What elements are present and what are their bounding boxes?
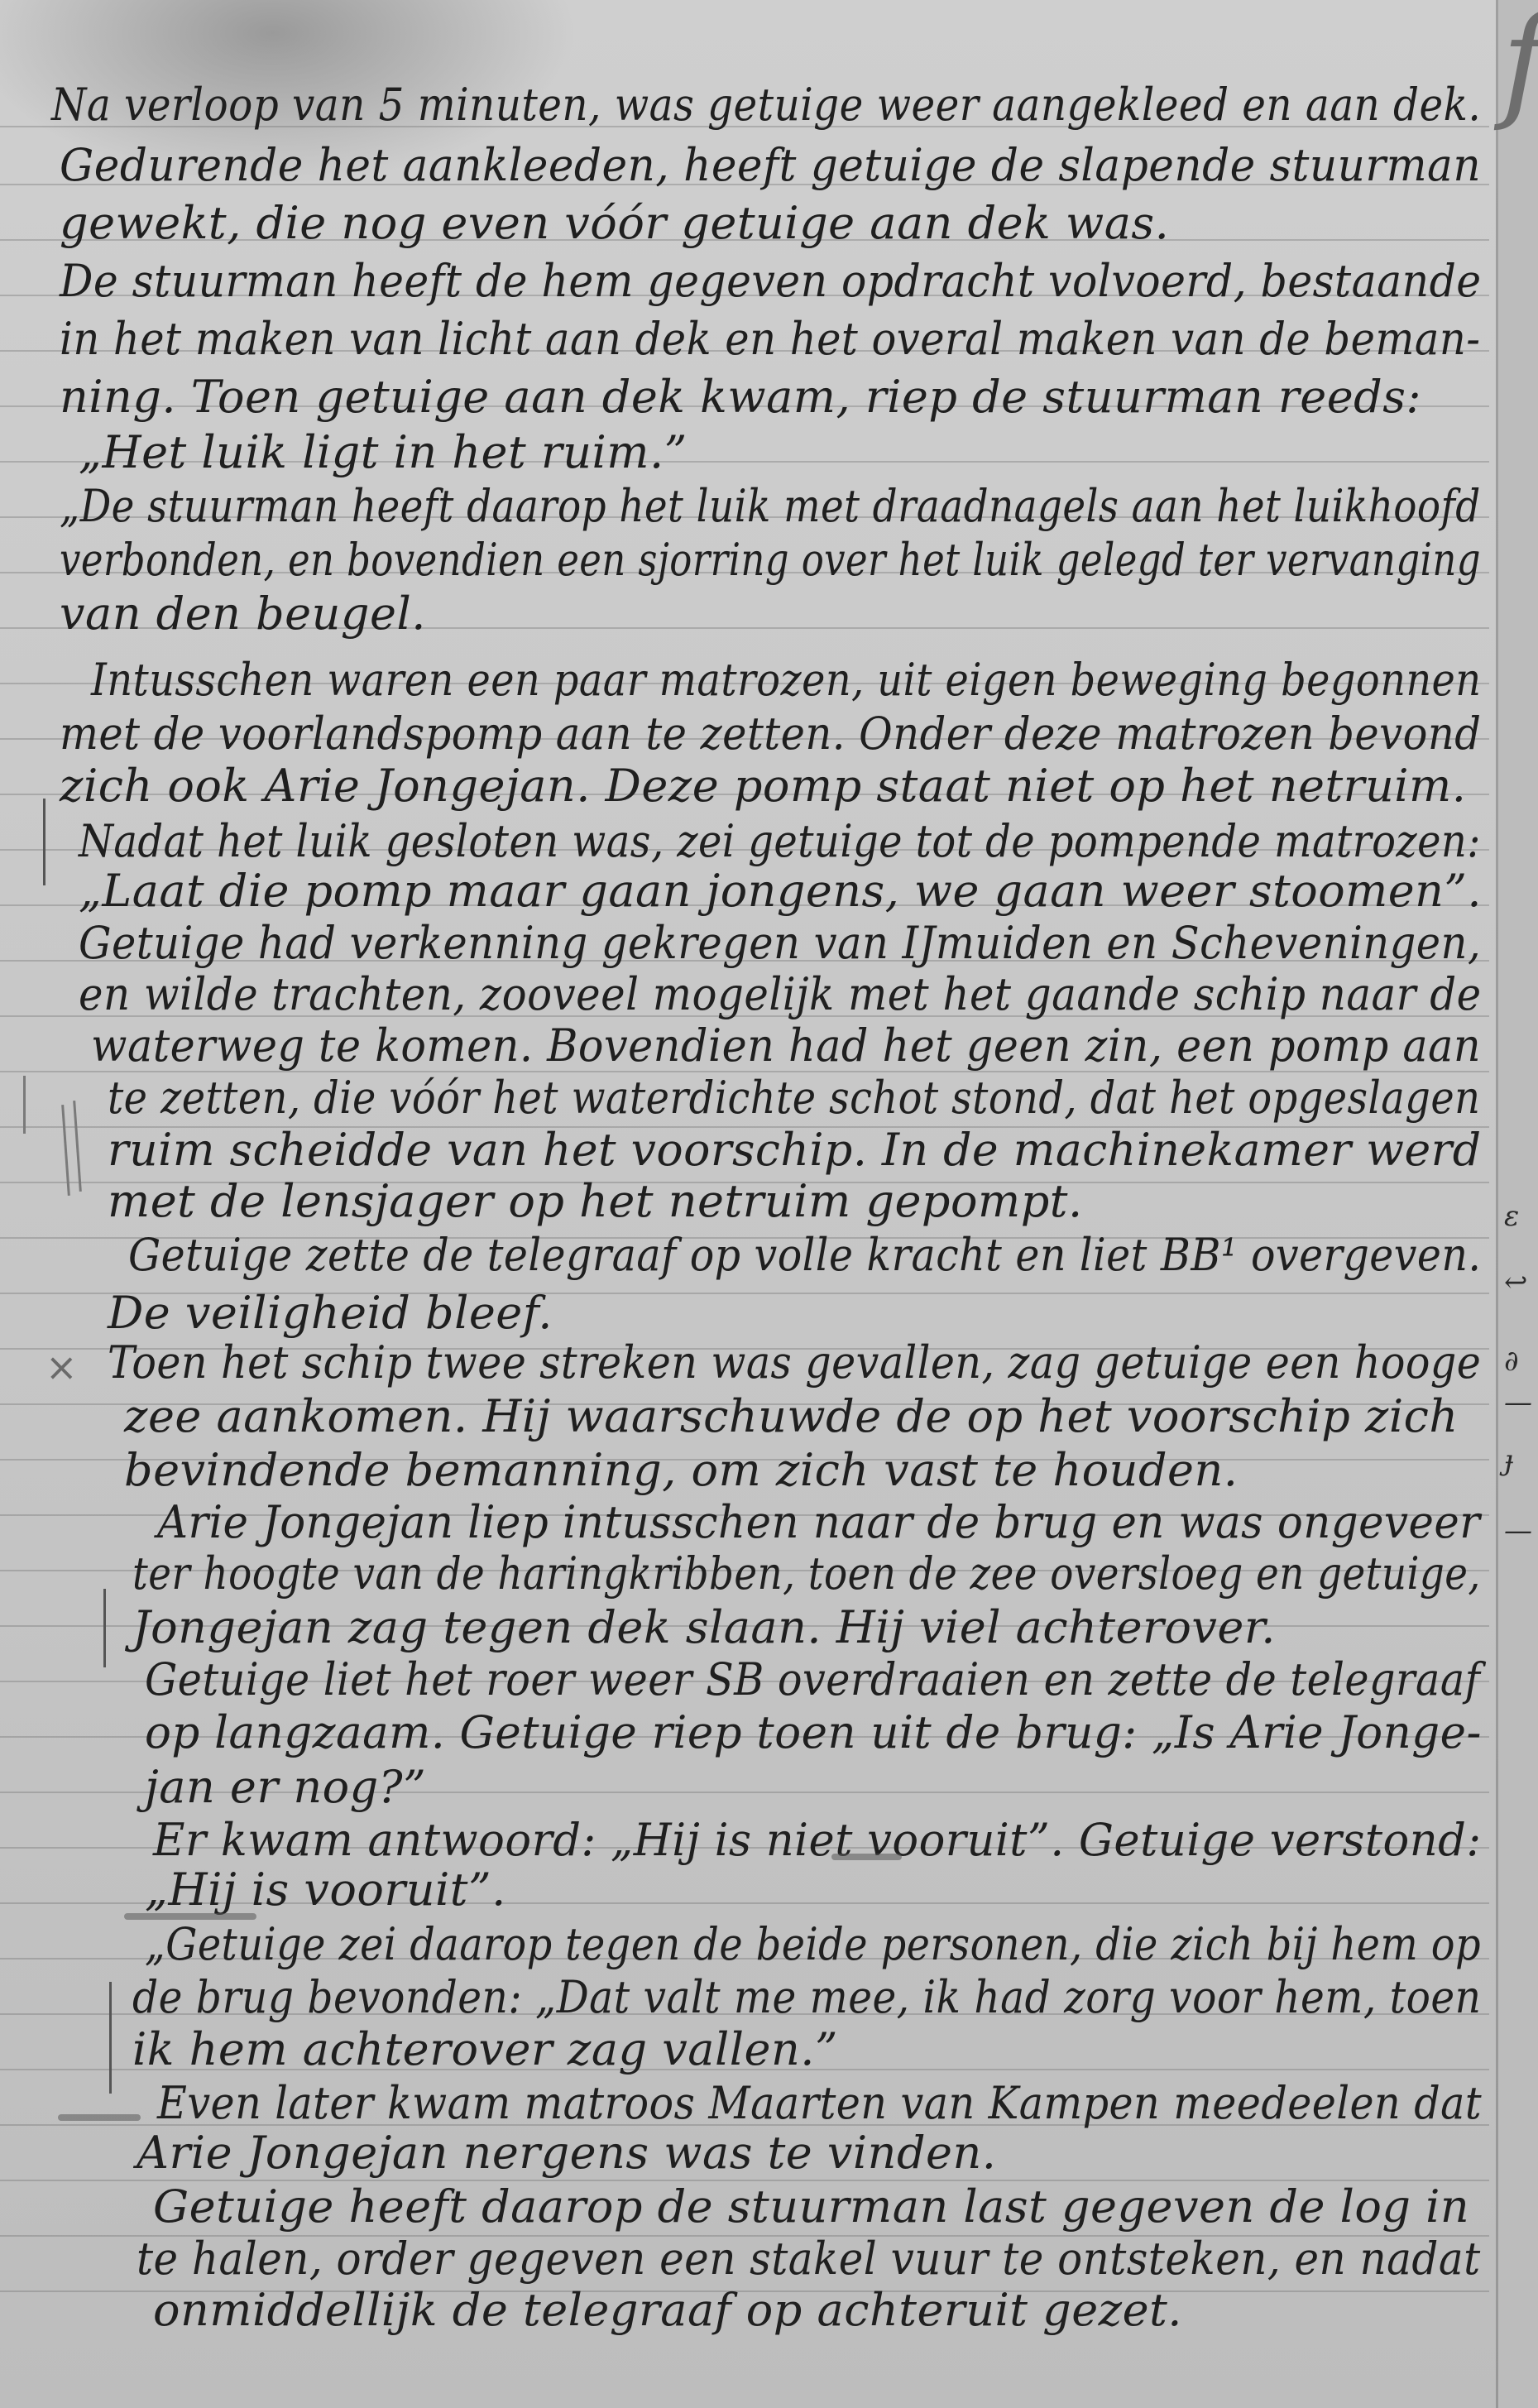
- right-margin-rule: [1496, 0, 1498, 2408]
- text-line: zee aankomen. Hij waarschuwde de op het …: [124, 1390, 1459, 1442]
- text-line: „Laat die pomp maar gaan jongens, we gaa…: [79, 865, 1482, 917]
- corner-mark: f: [1502, 0, 1538, 124]
- edge-fragment: ɟ: [1504, 1444, 1513, 1477]
- text-line: te zetten, die vóór het waterdichte scho…: [108, 1072, 1480, 1124]
- text-line: Even later kwam matroos Maarten van Kamp…: [157, 2077, 1482, 2129]
- text-line: ruim scheidde van het voorschip. In de m…: [108, 1124, 1482, 1176]
- margin-double-bar-mark: [73, 1101, 82, 1192]
- text-line: Toen het schip twee streken was gevallen…: [108, 1336, 1481, 1389]
- pencil-underline: [58, 2114, 141, 2121]
- text-line: De stuurman heeft de hem gegeven opdrach…: [60, 255, 1482, 307]
- text-line: Getuige heeft daarop de stuurman last ge…: [153, 2180, 1469, 2233]
- margin-bar-mark: [43, 799, 46, 885]
- text-line: Getuige had verkenning gekregen van IJmu…: [79, 917, 1481, 969]
- text-line: met de voorlandspomp aan te zetten. Onde…: [60, 708, 1481, 760]
- pencil-underline: [124, 1913, 256, 1920]
- text-line: gewekt, die nog even vóór getuige aan de…: [60, 197, 1169, 249]
- text-line: zich ook Arie Jongejan. Deze pomp staat …: [60, 760, 1466, 812]
- text-line: Arie Jongejan nergens was te vinden.: [137, 2127, 996, 2179]
- text-line: Getuige zette de telegraaf op volle krac…: [128, 1229, 1481, 1281]
- text-line: De veiligheid bleef.: [108, 1287, 553, 1339]
- margin-bar-mark: [103, 1589, 106, 1667]
- text-line: in het maken van licht aan dek en het ov…: [60, 313, 1480, 365]
- edge-fragment: ∂: [1504, 1345, 1519, 1378]
- margin-cross-mark: ×: [46, 1345, 78, 1389]
- text-line: „Getuige zei daarop tegen de beide perso…: [145, 1918, 1481, 1970]
- text-line: ik hem achterover zag vallen.”: [132, 2023, 838, 2075]
- edge-fragment: ↩: [1504, 1266, 1528, 1299]
- text-line: Er kwam antwoord: „Hij is niet vooruit”.…: [153, 1814, 1482, 1866]
- text-line: ter hoogte van de haringkribben, toen de…: [132, 1547, 1481, 1600]
- text-line: met de lensjager op het netruim gepompt.: [108, 1175, 1083, 1227]
- text-line: Nadat het luik gesloten was, zei getuige…: [79, 815, 1481, 867]
- text-line: te halen, order gegeven een stakel vuur …: [137, 2233, 1481, 2285]
- text-line: van den beugel.: [60, 588, 426, 640]
- text-line: bevindende bemanning, om zich vast te ho…: [124, 1444, 1238, 1496]
- text-line: op langzaam. Getuige riep toen uit de br…: [145, 1706, 1482, 1758]
- text-line: en wilde trachten, zooveel mogelijk met …: [79, 968, 1482, 1020]
- text-line: Getuige liet het roer weer SB overdraaie…: [145, 1653, 1480, 1705]
- edge-fragment: —: [1504, 1386, 1532, 1419]
- text-line: „Hij is vooruit”.: [145, 1864, 506, 1916]
- edge-fragment: —: [1504, 1514, 1532, 1547]
- text-line: Intusschen waren een paar matrozen, uit …: [91, 654, 1481, 706]
- text-line: Na verloop van 5 minuten, was getuige we…: [51, 79, 1481, 131]
- text-line: Arie Jongejan liep intusschen naar de br…: [157, 1496, 1480, 1548]
- edge-fragment: ε: [1504, 1200, 1519, 1233]
- text-line: „Het luik ligt in het ruim.”: [79, 426, 688, 478]
- text-line: onmiddellijk de telegraaf op achteruit g…: [153, 2284, 1182, 2336]
- text-line: waterweg te komen. Bovendien had het gee…: [91, 1019, 1481, 1072]
- text-line: Jongejan zag tegen dek slaan. Hij viel a…: [132, 1601, 1276, 1653]
- document-page: f Na verloop van 5 minuten, was getuige …: [0, 0, 1538, 2408]
- margin-bar-mark-small: [23, 1076, 26, 1134]
- text-line: Gedurende het aankleeden, heeft getuige …: [60, 139, 1481, 191]
- text-line: de brug bevonden: „Dat valt me mee, ik h…: [132, 1971, 1481, 2023]
- text-line: verbonden, en bovendien een sjorring ove…: [60, 534, 1481, 586]
- margin-bar-mark: [109, 1982, 112, 2094]
- text-line: ning. Toen getuige aan dek kwam, riep de…: [60, 371, 1421, 423]
- pencil-underline: [831, 1854, 902, 1860]
- text-line: „De stuurman heeft daarop het luik met d…: [60, 480, 1481, 532]
- text-line: jan er nog?”: [145, 1761, 426, 1813]
